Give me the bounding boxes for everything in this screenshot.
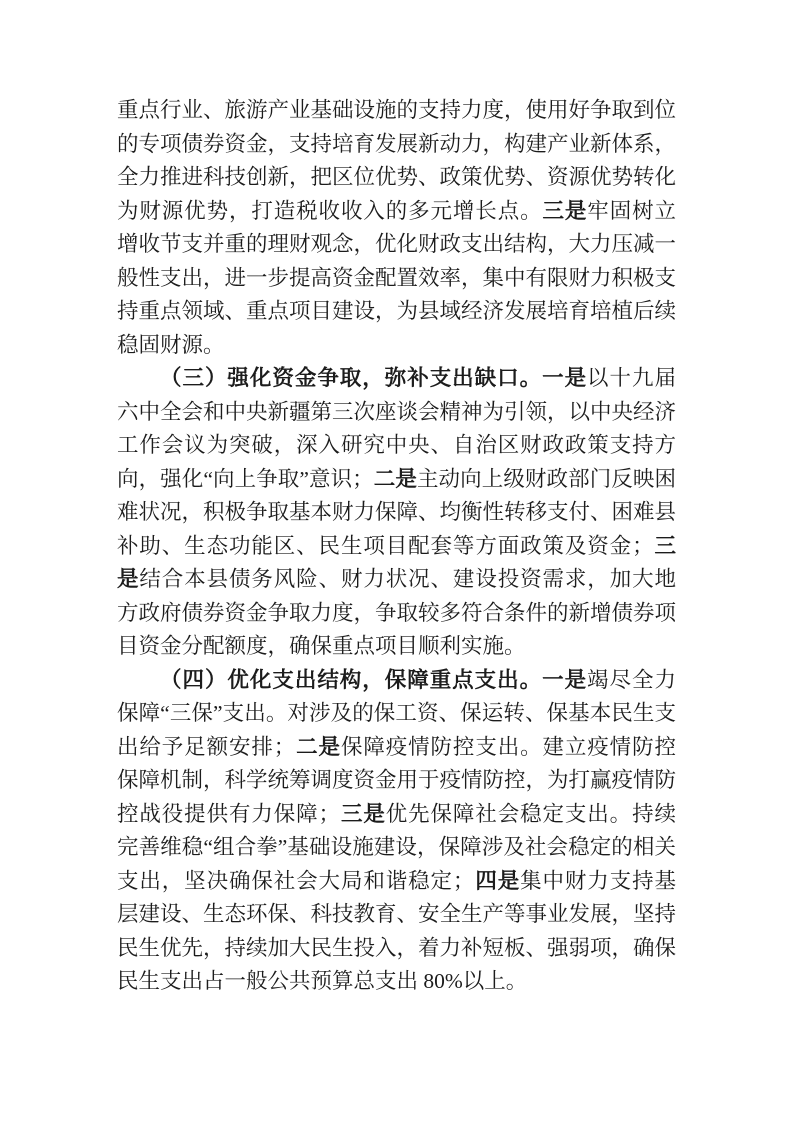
paragraph-continuation: 重点行业、旅游产业基础设施的支持力度，使用好争取到位的专项债券资金，支持培育发展… [117,94,676,362]
paragraph-section-3: （三）强化资金争取，弥补支出缺口。一是以十九届六中全会和中央新疆第三次座谈会精神… [117,362,676,664]
section-heading-run: （三）强化资金争取，弥补支出缺口。一是 [160,366,587,390]
emphasis-run: 三是 [543,199,588,223]
document-body: 重点行业、旅游产业基础设施的支持力度，使用好争取到位的专项债券资金，支持培育发展… [117,94,676,999]
emphasis-run: 二是 [374,467,417,491]
emphasis-run: 二是 [295,735,341,759]
section-heading-run: （四）优化支出结构，保障重点支出。一是 [160,668,587,692]
paragraph-section-4: （四）优化支出结构，保障重点支出。一是竭尽全力保障“三保”支出。对涉及的保工资、… [117,664,676,999]
emphasis-run: 四是 [474,869,520,893]
text-run: 结合本县债务风险、财力状况、建设投资需求，加大地方政府债券资金争取力度，争取较多… [117,567,676,658]
document-page: 重点行业、旅游产业基础设施的支持力度，使用好争取到位的专项债券资金，支持培育发展… [0,0,793,1122]
emphasis-run: 三是 [340,802,386,826]
